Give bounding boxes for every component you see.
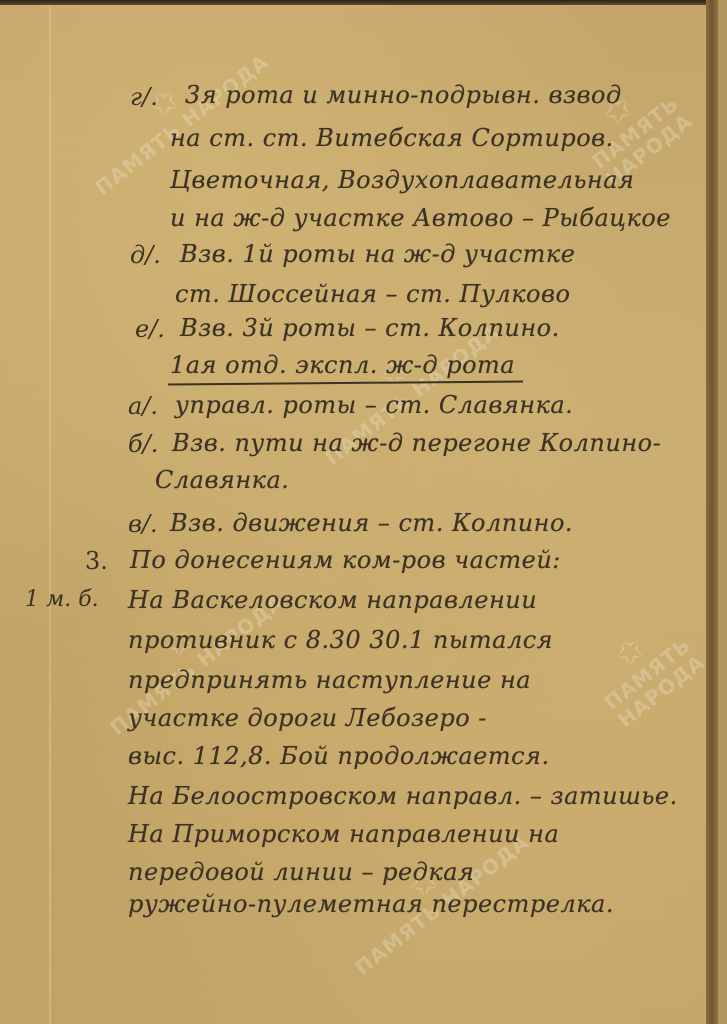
paper-fold-line bbox=[49, 5, 51, 1024]
text-line: На Васкеловском направлении bbox=[128, 585, 537, 615]
star-icon: ✩ bbox=[560, 591, 701, 711]
text-line: передовой линии – редкая bbox=[128, 857, 474, 887]
item-marker: б/. bbox=[128, 430, 158, 458]
binding-spine bbox=[706, 0, 718, 1024]
text-line: и на ж-д участке Автово – Рыбацкое bbox=[170, 203, 671, 233]
text-line: Взв. 3й роты – ст. Колпино. bbox=[180, 313, 560, 343]
text-line: на ст. ст. Витебская Сортиров. bbox=[170, 123, 614, 153]
next-page-edge bbox=[718, 0, 727, 1024]
item-marker: е/. bbox=[135, 315, 165, 343]
text-line: управл. роты – ст. Славянка. bbox=[175, 390, 573, 420]
item-marker: а/. bbox=[128, 392, 158, 420]
text-line: 3я рота и минно-подрывн. взвод bbox=[185, 80, 622, 110]
item-marker: в/. bbox=[128, 510, 158, 538]
text-line: На Белоостровском направл. – затишье. bbox=[128, 781, 678, 811]
item-marker: д/. bbox=[130, 241, 161, 269]
watermark: ✩ ПАМЯТЬ НАРОДА bbox=[560, 591, 727, 746]
text-line: На Приморском направлении на bbox=[128, 819, 559, 849]
text-line: участке дороги Лебозеро - bbox=[128, 703, 487, 733]
text-line: выс. 112,8. Бой продолжается. bbox=[128, 741, 550, 771]
text-line: Взв. пути на ж-д перегоне Колпино- bbox=[172, 428, 661, 458]
section-heading: 1ая отд. экспл. ж-д рота bbox=[170, 350, 515, 380]
text-line: ст. Шоссейная – ст. Пулково bbox=[175, 279, 570, 309]
text-line: Славянка. bbox=[155, 465, 289, 495]
star-icon: ✩ bbox=[540, 44, 696, 177]
text-line: Цветочная, Воздухоплавательная bbox=[170, 165, 634, 195]
margin-note: 1 м. б. bbox=[25, 587, 99, 612]
text-line: ружейно-пулеметная перестрелка. bbox=[128, 889, 614, 919]
heading-underline bbox=[168, 380, 523, 385]
text-line: противник с 8.30 30.1 пытался bbox=[128, 625, 553, 655]
text-line: По донесениям ком-ров частей: bbox=[130, 545, 561, 575]
text-line: Взв. движения – ст. Колпино. bbox=[170, 508, 573, 538]
item-marker: г/. bbox=[130, 83, 158, 111]
text-line: предпринять наступление на bbox=[128, 665, 531, 695]
document-page: ✩ ПАМЯТЬ НАРОДА ✩ ПАМЯТЬ НАРОДА ✩ ПАМЯТЬ… bbox=[0, 5, 712, 1024]
text-line: Взв. 1й роты на ж-д участке bbox=[180, 239, 575, 269]
section-number: 3. bbox=[85, 547, 108, 575]
